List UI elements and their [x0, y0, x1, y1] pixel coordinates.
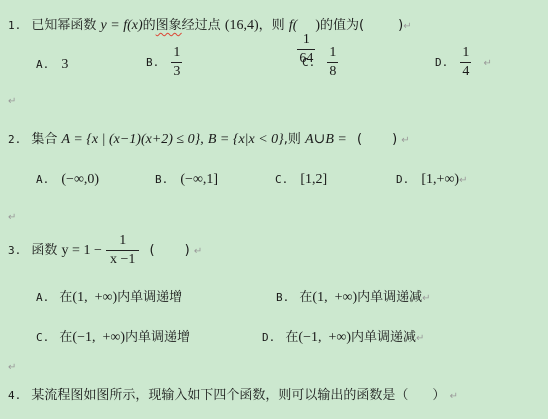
math-expression: f(: [289, 18, 298, 33]
numerator: 1: [460, 46, 471, 62]
answer-blank-close: ）: [432, 388, 445, 403]
option-label: D.: [262, 331, 275, 344]
option-label: B.: [155, 173, 168, 186]
option-label: C.: [302, 56, 315, 69]
option-text: 内单调递增: [117, 290, 182, 305]
stem-text: 函数: [31, 243, 57, 258]
spellcheck-underlined-text: 图象: [156, 18, 182, 33]
set-b-expression: B = {x|x < 0}: [208, 132, 284, 147]
q2-option-a[interactable]: A. (−∞,0): [36, 172, 99, 188]
paragraph-mark-icon: ↵: [416, 333, 424, 344]
question-2-stem: 2. 集合 A = {x | (x−1)(x+2) ≤ 0}, B = {x|x…: [8, 128, 410, 148]
option-label: C.: [36, 331, 49, 344]
answer-blank-close: ): [392, 132, 397, 147]
fraction: 1x −1: [106, 234, 139, 267]
paragraph-mark-icon: ↵: [8, 96, 16, 107]
paragraph-mark-icon: ↵: [8, 362, 16, 373]
option-value: 3: [61, 57, 68, 72]
numerator: 1: [327, 46, 338, 62]
denominator: 8: [327, 62, 338, 79]
option-label: B.: [146, 56, 159, 69]
question-number: 1.: [8, 19, 21, 32]
question-number: 4.: [8, 389, 21, 402]
paragraph-mark-icon: ↵: [422, 293, 430, 304]
stem-text: ,则: [284, 132, 301, 147]
question-3-stem: 3. 函数 y = 1 − 1x −1 () ↵: [8, 234, 202, 267]
q2-option-b[interactable]: B. (−∞,1]: [155, 172, 218, 188]
question-number: 2.: [8, 133, 21, 146]
fraction: 18: [327, 46, 338, 79]
stem-text: 的: [143, 18, 156, 33]
stem-text: ，则: [259, 18, 285, 33]
separator: ,: [200, 132, 204, 147]
math-expression: y = f(x): [101, 18, 143, 33]
stem-text: 某流程图如图所示，现输入如下四个函数，则可以输出的函数是（: [31, 388, 408, 403]
option-text: 在: [59, 330, 72, 345]
option-text: 内单调递减: [351, 330, 416, 345]
q1-option-d[interactable]: D. 14 ↵: [435, 46, 492, 79]
option-label: A.: [36, 291, 49, 304]
option-text: 在: [285, 330, 298, 345]
math-expression: y = 1 −: [62, 243, 102, 258]
option-interval: (−1, +∞): [298, 330, 351, 345]
option-interval: (1, +∞): [312, 290, 357, 305]
paragraph-mark-icon: ↵: [401, 135, 409, 146]
numerator: 1: [171, 46, 182, 62]
q3-option-c[interactable]: C. 在(−1, +∞)内单调递增: [36, 326, 190, 346]
stem-text: 已知幂函数: [31, 18, 96, 33]
stem-text: 的值为(: [320, 18, 364, 33]
option-label: D.: [396, 173, 409, 186]
q1-option-a[interactable]: A. 3: [36, 57, 68, 73]
question-4-stem: 4. 某流程图如图所示，现输入如下四个函数，则可以输出的函数是（） ↵: [8, 384, 458, 403]
option-text: 内单调递减: [357, 290, 422, 305]
option-interval: (1, +∞): [72, 290, 117, 305]
math-point: (16,4): [225, 18, 259, 33]
option-value: (−∞,0): [61, 172, 99, 187]
option-value: [1,2]: [300, 172, 327, 187]
question-1-stem: 1. 已知幂函数 y = f(x)的图象经过点 (16,4)，则 f(164)的…: [8, 14, 412, 66]
q3-option-d[interactable]: D. 在(−1, +∞)内单调递减↵: [262, 326, 424, 346]
option-value: (−∞,1]: [180, 172, 218, 187]
q1-option-c[interactable]: C. 18: [302, 46, 338, 79]
option-label: A.: [36, 173, 49, 186]
option-text: 在: [59, 290, 72, 305]
paragraph-mark-icon: ↵: [8, 212, 16, 223]
q3-option-b[interactable]: B. 在(1, +∞)内单调递减↵: [276, 286, 431, 306]
numerator: 1: [117, 234, 128, 250]
paragraph-mark-icon: ↵: [484, 58, 492, 69]
answer-blank-open: (: [357, 132, 362, 147]
q3-option-a[interactable]: A. 在(1, +∞)内单调递增: [36, 286, 182, 306]
option-value: [1,+∞): [421, 172, 459, 187]
option-interval: (−1, +∞): [72, 330, 125, 345]
option-label: B.: [276, 291, 289, 304]
paragraph-mark-icon: ↵: [194, 246, 202, 257]
q1-option-b[interactable]: B. 13: [146, 46, 182, 79]
stem-text: 集合: [31, 132, 57, 147]
stem-text: 经过点: [182, 18, 221, 33]
option-label: D.: [435, 56, 448, 69]
option-text: 在: [299, 290, 312, 305]
option-label: A.: [36, 58, 49, 71]
q2-option-c[interactable]: C. [1,2]: [275, 172, 327, 188]
denominator: 3: [171, 62, 182, 79]
denominator: x −1: [106, 250, 139, 267]
set-a-expression: A = {x | (x−1)(x+2) ≤ 0}: [62, 132, 201, 147]
paragraph-mark-icon: ↵: [450, 391, 458, 402]
union-expression: A∪B =: [305, 132, 347, 147]
q2-option-d[interactable]: D. [1,+∞)↵: [396, 172, 467, 188]
question-number: 3.: [8, 244, 21, 257]
paragraph-mark-icon: ↵: [459, 175, 467, 186]
fraction: 13: [171, 46, 182, 79]
option-text: 内单调递增: [125, 330, 190, 345]
answer-blank-open: (: [150, 243, 155, 258]
fraction: 14: [460, 46, 471, 79]
paragraph-mark-icon: ↵: [403, 21, 411, 32]
option-label: C.: [275, 173, 288, 186]
answer-blank-close: ): [185, 243, 190, 258]
denominator: 4: [460, 62, 471, 79]
